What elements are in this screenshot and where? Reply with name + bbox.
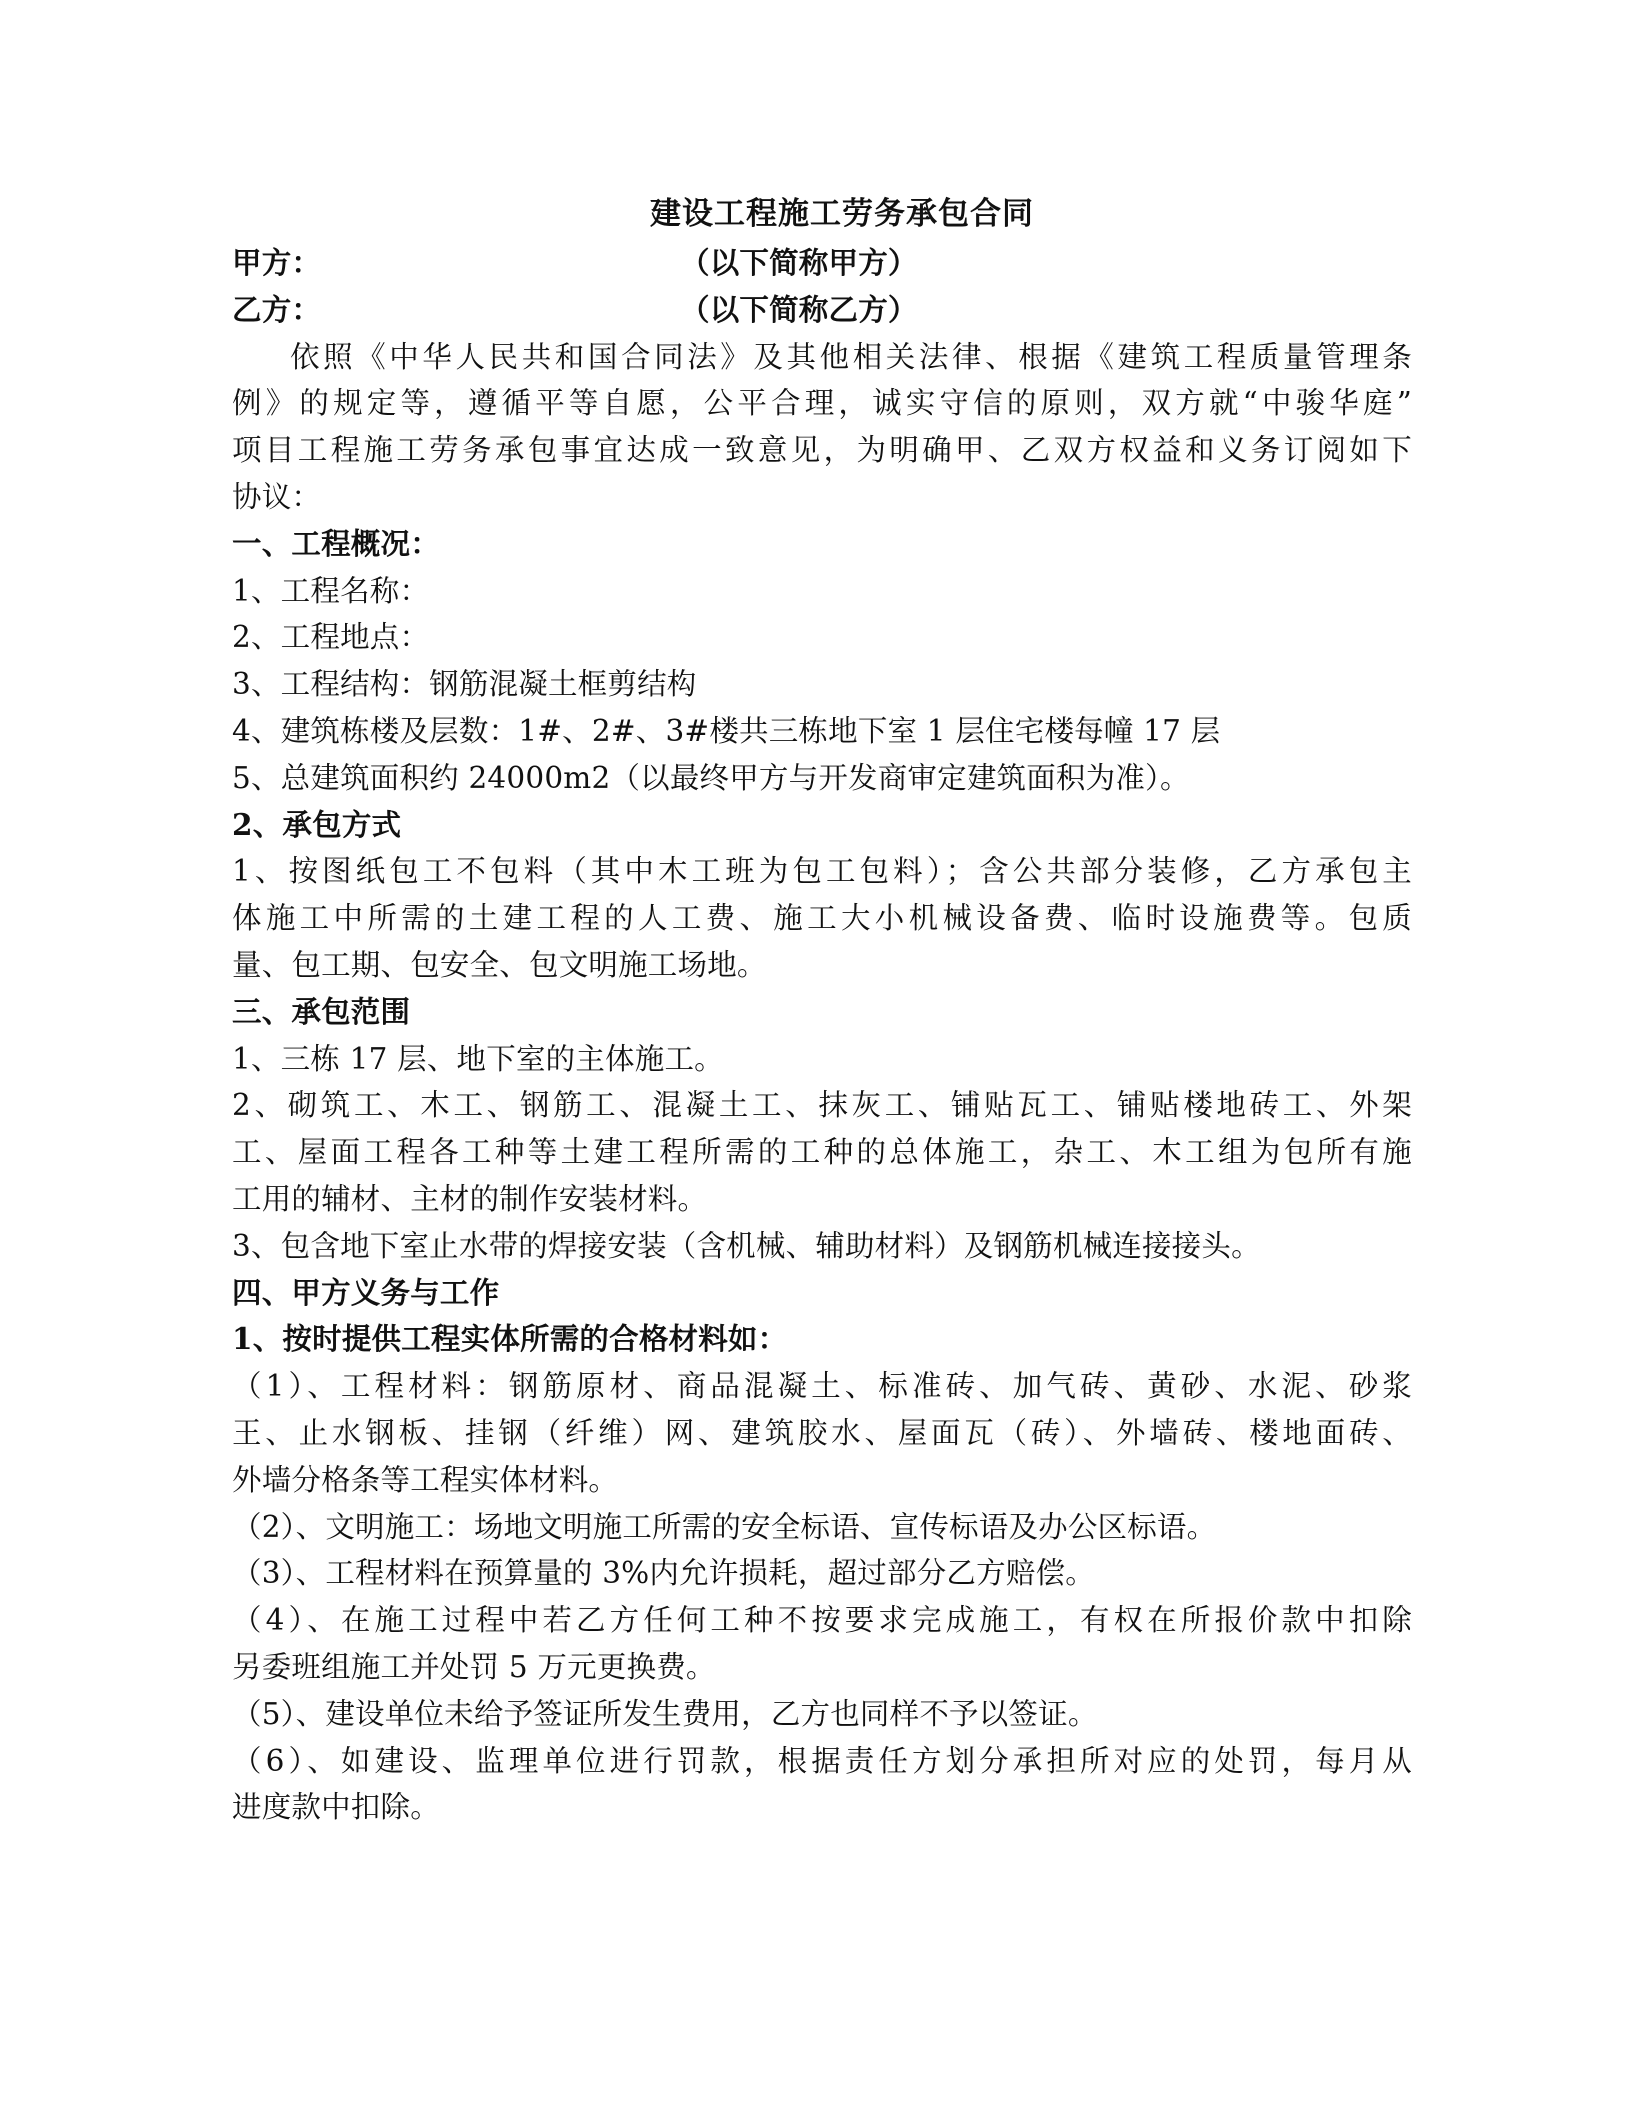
section-line: （1）、工程材料：钢筋原材、商品混凝土、标准砖、加气砖、黄砂、水泥、砂浆 xyxy=(232,1363,1412,1410)
section-line: （2）、文明施工：场地文明施工所需的安全标语、宣传标语及办公区标语。 xyxy=(232,1504,1412,1551)
section-line: 1、按图纸包工不包料（其中木工班为包工包料）；含公共部分装修，乙方承包主 xyxy=(232,848,1412,895)
preamble-line: 例》的规定等，遵循平等自愿，公平合理，诚实守信的原则，双方就“中骏华庭” xyxy=(232,380,1412,427)
section-line: 进度款中扣除。 xyxy=(232,1784,1412,1831)
section-line: 工用的辅材、主材的制作安装材料。 xyxy=(232,1176,1412,1223)
section-line: 体施工中所需的土建工程的人工费、施工大小机械设备费、临时设施费等。包质 xyxy=(232,895,1412,942)
preamble-line: 协议： xyxy=(232,474,1412,521)
section-line: 1、工程名称： xyxy=(232,568,1412,615)
party-a-line: 甲方： （以下简称甲方） xyxy=(232,240,1412,287)
section-line: 王、止水钢板、挂钢（纤维）网、建筑胶水、屋面瓦（砖）、外墙砖、楼地面砖、 xyxy=(232,1410,1412,1457)
section-line: 外墙分格条等工程实体材料。 xyxy=(232,1457,1412,1504)
party-a-label: 甲方： xyxy=(232,240,321,287)
section-line: 1、三栋 17 层、地下室的主体施工。 xyxy=(232,1036,1412,1083)
party-b-note: （以下简称乙方） xyxy=(680,287,918,334)
section-heading-contract-method: 2、承包方式 xyxy=(232,802,1412,849)
preamble-line: 项目工程施工劳务承包事宜达成一致意见，为明确甲、乙双方权益和义务订阅如下 xyxy=(232,427,1412,474)
section-line: （6）、如建设、监理单位进行罚款，根据责任方划分承担所对应的处罚，每月从 xyxy=(232,1738,1412,1785)
preamble-line: 依照《中华人民共和国合同法》及其他相关法律、根据《建筑工程质量管理条 xyxy=(232,334,1412,381)
section-line: （4）、在施工过程中若乙方任何工种不按要求完成施工，有权在所报价款中扣除 xyxy=(232,1597,1412,1644)
section-line: 3、工程结构：钢筋混凝土框剪结构 xyxy=(232,661,1412,708)
section-heading-contract-scope: 三、承包范围 xyxy=(232,989,1412,1036)
section-subheading: 1、按时提供工程实体所需的合格材料如： xyxy=(232,1316,1412,1363)
section-line: （5）、建设单位未给予签证所发生费用，乙方也同样不予以签证。 xyxy=(232,1691,1412,1738)
section-line: 量、包工期、包安全、包文明施工场地。 xyxy=(232,942,1412,989)
party-a-note: （以下简称甲方） xyxy=(680,240,918,287)
section-line: （3）、工程材料在预算量的 3%内允许损耗，超过部分乙方赔偿。 xyxy=(232,1550,1412,1597)
section-line: 2、工程地点： xyxy=(232,614,1412,661)
document-title: 建设工程施工劳务承包合同 xyxy=(232,188,1412,240)
section-heading-project-overview: 一、工程概况： xyxy=(232,521,1412,568)
section-line: 3、包含地下室止水带的焊接安装（含机械、辅助材料）及钢筋机械连接接头。 xyxy=(232,1223,1412,1270)
section-line: 4、建筑栋楼及层数：1#、2#、3#楼共三栋地下室 1 层住宅楼每幢 17 层 xyxy=(232,708,1412,755)
section-line: 2、砌筑工、木工、钢筋工、混凝土工、抹灰工、铺贴瓦工、铺贴楼地砖工、外架 xyxy=(232,1082,1412,1129)
section-line: 另委班组施工并处罚 5 万元更换费。 xyxy=(232,1644,1412,1691)
section-heading-party-a-obligations: 四、甲方义务与工作 xyxy=(232,1270,1412,1317)
section-line: 5、总建筑面积约 24000m2（以最终甲方与开发商审定建筑面积为准）。 xyxy=(232,755,1412,802)
section-line: 工、屋面工程各工种等土建工程所需的工种的总体施工，杂工、木工组为包所有施 xyxy=(232,1129,1412,1176)
contract-page: 建设工程施工劳务承包合同 甲方： （以下简称甲方） 乙方： （以下简称乙方） 依… xyxy=(232,188,1412,1831)
party-b-label: 乙方： xyxy=(232,287,321,334)
party-b-line: 乙方： （以下简称乙方） xyxy=(232,287,1412,334)
